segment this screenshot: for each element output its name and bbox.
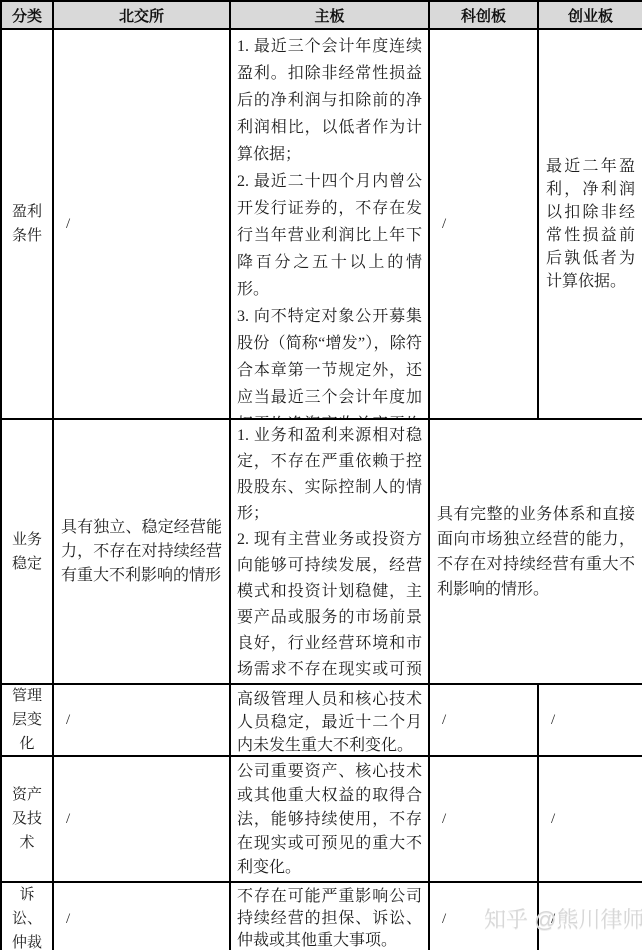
business-mainboard-text: 1. 业务和盈利来源相对稳定，不存在严重依赖于控股股东、实际控制人的情形； 2.… bbox=[237, 423, 422, 685]
assets-bjse-cell: / bbox=[54, 757, 231, 883]
listing-requirements-page: 分类 北交所 主板 科创板 创业板 盈利 条件 / 1. 最近三个会计年度连续盈… bbox=[0, 0, 642, 950]
business-bjse-cell: 具有独立、稳定经营能力，不存在对持续经营有重大不利影响的情形 bbox=[54, 420, 231, 685]
assets-bjse-value: / bbox=[54, 811, 70, 828]
profit-category-cell: 盈利 条件 bbox=[2, 30, 54, 420]
profit-star-cell: / bbox=[430, 30, 539, 420]
litigation-category-label: 诉 讼、 仲裁 bbox=[12, 883, 42, 950]
assets-category-label: 资产 及技 术 bbox=[12, 783, 42, 855]
management-mainboard-cell: 高级管理人员和核心技术人员稳定，最近十二个月内未发生重大不利变化。 bbox=[231, 685, 430, 757]
management-star-value: / bbox=[430, 712, 446, 729]
litigation-star-value: / bbox=[430, 911, 446, 928]
profit-mainboard-cell: 1. 最近三个会计年度连续盈利。扣除非经常性损益后的净利润与扣除前的净利润相比，… bbox=[231, 30, 430, 420]
business-mainboard-cell: 1. 业务和盈利来源相对稳定，不存在严重依赖于控股股东、实际控制人的情形； 2.… bbox=[231, 420, 430, 685]
header-cell-chinext: 创业板 bbox=[539, 2, 642, 30]
profit-chinext-text: 最近二年盈利，净利润以扣除非经常性损益前后孰低者为计算依据。 bbox=[539, 155, 642, 293]
header-label-bjse: 北交所 bbox=[119, 5, 164, 26]
business-category-cell: 业务 稳定 bbox=[2, 420, 54, 685]
litigation-category-cell: 诉 讼、 仲裁 bbox=[2, 883, 54, 950]
zhihu-watermark: 知乎 @熊川律师 bbox=[484, 903, 642, 934]
profit-category-label: 盈利 条件 bbox=[12, 200, 42, 248]
assets-chinext-value: / bbox=[539, 811, 555, 828]
profit-bjse-value: / bbox=[54, 216, 70, 233]
business-bjse-text: 具有独立、稳定经营能力，不存在对持续经营有重大不利影响的情形 bbox=[54, 516, 229, 588]
header-cell-category: 分类 bbox=[2, 2, 54, 30]
management-bjse-value: / bbox=[54, 712, 70, 729]
litigation-mainboard-cell: 不存在可能严重影响公司持续经营的担保、诉讼、仲裁或其他重大事项。 bbox=[231, 883, 430, 950]
management-category-label: 管理 层变 化 bbox=[12, 685, 42, 756]
management-bjse-cell: / bbox=[54, 685, 231, 757]
profit-star-value: / bbox=[430, 216, 446, 233]
litigation-bjse-cell: / bbox=[54, 883, 231, 950]
header-label-chinext: 创业板 bbox=[568, 5, 613, 26]
assets-chinext-cell: / bbox=[539, 757, 642, 883]
assets-star-value: / bbox=[430, 811, 446, 828]
header-label-star: 科创板 bbox=[461, 5, 506, 26]
assets-star-cell: / bbox=[430, 757, 539, 883]
assets-category-cell: 资产 及技 术 bbox=[2, 757, 54, 883]
management-star-cell: / bbox=[430, 685, 539, 757]
header-cell-star: 科创板 bbox=[430, 2, 539, 30]
litigation-bjse-value: / bbox=[54, 911, 70, 928]
litigation-mainboard-text: 不存在可能严重影响公司持续经营的担保、诉讼、仲裁或其他重大事项。 bbox=[237, 886, 422, 950]
business-star-chinext-merged-cell: 具有完整的业务体系和直接面向市场独立经营的能力，不存在对持续经营有重大不利影响的… bbox=[430, 420, 642, 685]
header-label-category: 分类 bbox=[12, 5, 42, 26]
management-chinext-value: / bbox=[539, 712, 555, 729]
profit-mainboard-text: 1. 最近三个会计年度连续盈利。扣除非经常性损益后的净利润与扣除前的净利润相比，… bbox=[237, 33, 422, 420]
profit-bjse-cell: / bbox=[54, 30, 231, 420]
business-category-label: 业务 稳定 bbox=[12, 528, 42, 576]
header-label-mainboard: 主板 bbox=[314, 5, 344, 26]
header-cell-bjse: 北交所 bbox=[54, 2, 231, 30]
management-mainboard-text: 高级管理人员和核心技术人员稳定，最近十二个月内未发生重大不利变化。 bbox=[237, 688, 422, 757]
profit-chinext-cell: 最近二年盈利，净利润以扣除非经常性损益前后孰低者为计算依据。 bbox=[539, 30, 642, 420]
assets-mainboard-cell: 公司重要资产、核心技术或其他重大权益的取得合法，能够持续使用，不存在现实或可预见… bbox=[231, 757, 430, 883]
management-chinext-cell: / bbox=[539, 685, 642, 757]
business-star-chinext-text: 具有完整的业务体系和直接面向市场独立经营的能力，不存在对持续经营有重大不利影响的… bbox=[430, 502, 642, 602]
management-category-cell: 管理 层变 化 bbox=[2, 685, 54, 757]
listing-requirements-table: 分类 北交所 主板 科创板 创业板 盈利 条件 / 1. 最近三个会计年度连续盈… bbox=[0, 0, 642, 950]
assets-mainboard-text: 公司重要资产、核心技术或其他重大权益的取得合法，能够持续使用，不存在现实或可预见… bbox=[237, 760, 422, 880]
header-cell-mainboard: 主板 bbox=[231, 2, 430, 30]
